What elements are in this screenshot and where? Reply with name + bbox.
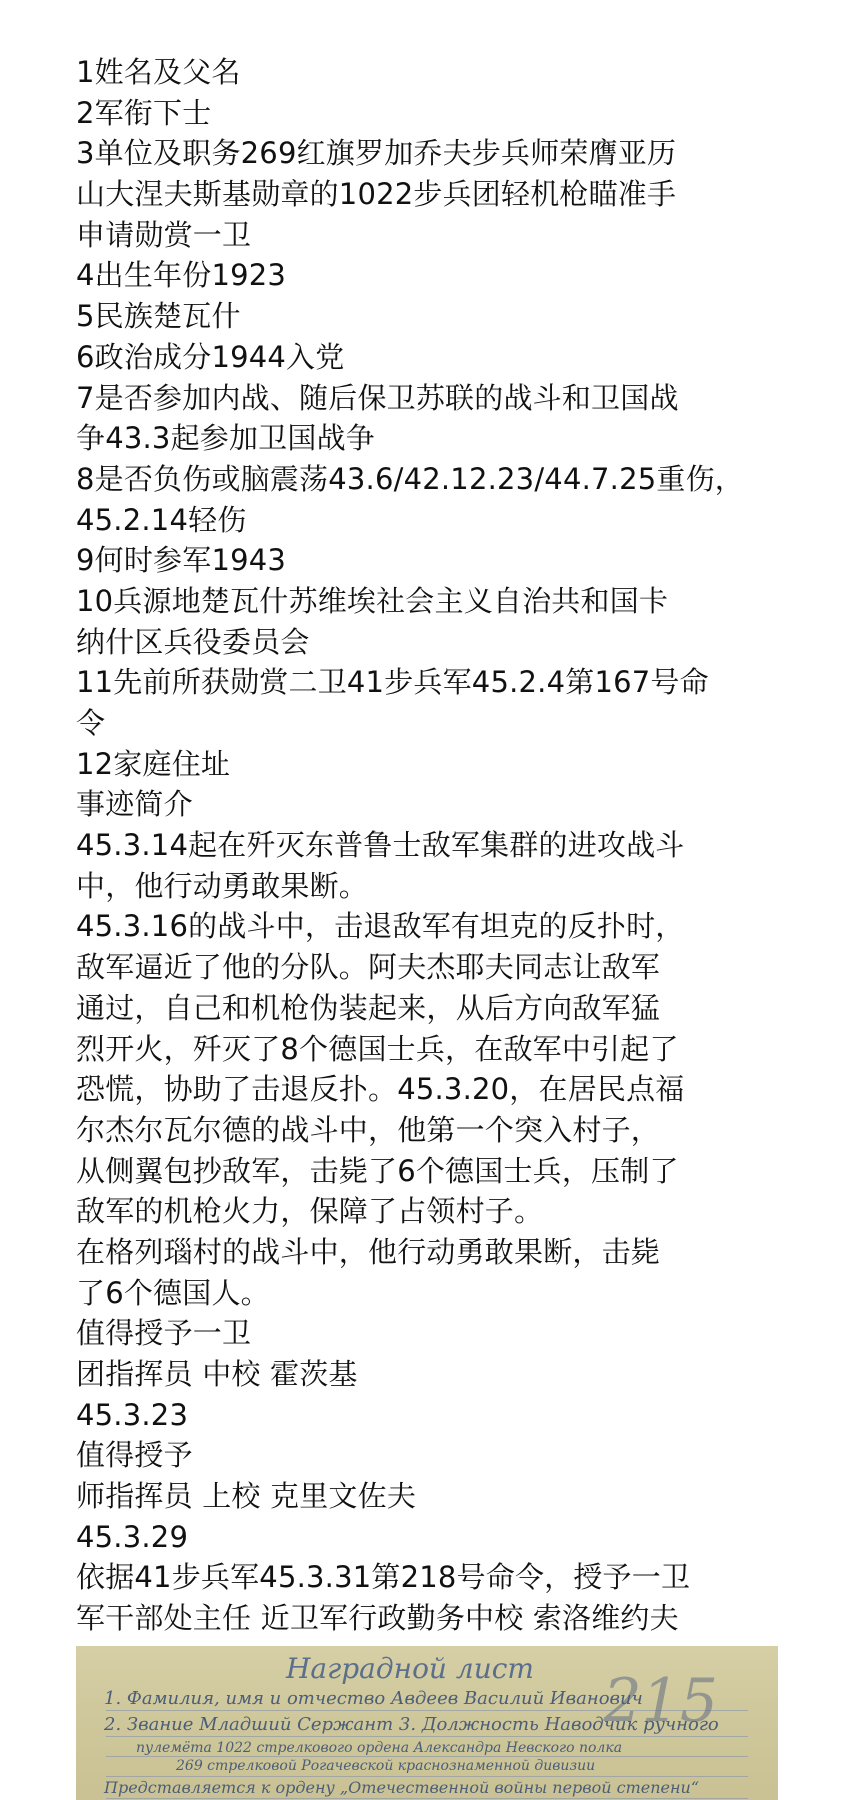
summary-line: 中，他行动勇敢果断。 xyxy=(76,866,786,907)
scan-row: 269 стрелковой Рогачевской краснознаменн… xyxy=(176,1758,595,1774)
field-birth-year: 4出生年份1923 xyxy=(76,255,786,296)
section-heading-summary: 事迹简介 xyxy=(76,784,786,825)
field-draft-office-line-2: 纳什区兵役委员会 xyxy=(76,622,786,663)
ruled-line xyxy=(106,1776,748,1777)
field-unit-line-1: 3单位及职务269红旗罗加乔夫步兵师荣膺亚历 xyxy=(76,133,786,174)
field-wounds-line-2: 45.2.14轻伤 xyxy=(76,500,786,541)
summary-line: 从侧翼包抄敌军，击毙了6个德国士兵，压制了 xyxy=(76,1151,786,1192)
field-nationality: 5民族楚瓦什 xyxy=(76,296,786,337)
scan-row: пулемёта 1022 стрелкового ордена Алексан… xyxy=(136,1740,622,1756)
summary-line: 了6个德国人。 xyxy=(76,1273,786,1314)
signer-regiment-commander: 团指挥员 中校 霍茨基 xyxy=(76,1354,786,1395)
summary-line: 敌军的机枪火力，保障了占领村子。 xyxy=(76,1191,786,1232)
date-division: 45.3.29 xyxy=(76,1517,786,1558)
ruled-line xyxy=(106,1756,748,1757)
summary-line: 在格列瑙村的战斗中，他行动勇敢果断，击毙 xyxy=(76,1232,786,1273)
summary-line: 敌军逼近了他的分队。阿夫杰耶夫同志让敌军 xyxy=(76,947,786,988)
ruled-line xyxy=(106,1736,748,1737)
summary-line: 通过，自己和机枪伪装起来，从后方向敌军猛 xyxy=(76,988,786,1029)
order-reference: 依据41步兵军45.3.31第218号命令，授予一卫 xyxy=(76,1557,786,1598)
scanned-award-sheet-image: Наградной лист 215 1. Фамилия, имя и отч… xyxy=(76,1646,778,1800)
field-unit-line-2: 山大涅夫斯基勋章的1022步兵团轻机枪瞄准手 xyxy=(76,174,786,215)
field-prior-awards-line-2: 令 xyxy=(76,703,786,744)
ruled-line xyxy=(106,1798,748,1799)
field-name: 1姓名及父名 xyxy=(76,52,786,93)
date-regiment: 45.3.23 xyxy=(76,1395,786,1436)
field-address: 12家庭住址 xyxy=(76,744,786,785)
scan-row: 2. Звание Младший Сержант 3. Должность Н… xyxy=(104,1714,719,1735)
summary-line: 恐慌，协助了击退反扑。45.3.20，在居民点福 xyxy=(76,1069,786,1110)
recommendation-regiment: 值得授予一卫 xyxy=(76,1313,786,1354)
scan-title: Наградной лист xyxy=(286,1652,534,1685)
summary-line: 45.3.14起在歼灭东普鲁士敌军集群的进攻战斗 xyxy=(76,825,786,866)
summary-line: 45.3.16的战斗中，击退敌军有坦克的反扑时， xyxy=(76,906,786,947)
scan-row: Представляется к ордену „Отечественной в… xyxy=(104,1778,699,1797)
signer-personnel-chief: 军干部处主任 近卫军行政勤务中校 索洛维约夫 xyxy=(76,1598,786,1639)
field-war-participation-line-1: 7是否参加内战、随后保卫苏联的战斗和卫国战 xyxy=(76,378,786,419)
field-wounds-line-1: 8是否负伤或脑震荡43.6/42.12.23/44.7.25重伤， xyxy=(76,459,786,500)
scan-row: 1. Фамилия, имя и отчество Авдеев Васили… xyxy=(104,1688,643,1709)
summary-line: 尔杰尔瓦尔德的战斗中，他第一个突入村子， xyxy=(76,1110,786,1151)
document-text: 1姓名及父名 2军衔下士 3单位及职务269红旗罗加乔夫步兵师荣膺亚历 山大涅夫… xyxy=(76,52,786,1639)
signer-division-commander: 师指挥员 上校 克里文佐夫 xyxy=(76,1476,786,1517)
field-prior-awards-line-1: 11先前所获勋赏二卫41步兵军45.2.4第167号命 xyxy=(76,662,786,703)
field-draft-office-line-1: 10兵源地楚瓦什苏维埃社会主义自治共和国卡 xyxy=(76,581,786,622)
field-rank: 2军衔下士 xyxy=(76,93,786,134)
summary-line: 烈开火，歼灭了8个德国士兵，在敌军中引起了 xyxy=(76,1029,786,1070)
field-unit-line-3: 申请勋赏一卫 xyxy=(76,215,786,256)
field-enlisted: 9何时参军1943 xyxy=(76,540,786,581)
field-party: 6政治成分1944入党 xyxy=(76,337,786,378)
recommendation-division: 值得授予 xyxy=(76,1435,786,1476)
field-war-participation-line-2: 争43.3起参加卫国战争 xyxy=(76,418,786,459)
